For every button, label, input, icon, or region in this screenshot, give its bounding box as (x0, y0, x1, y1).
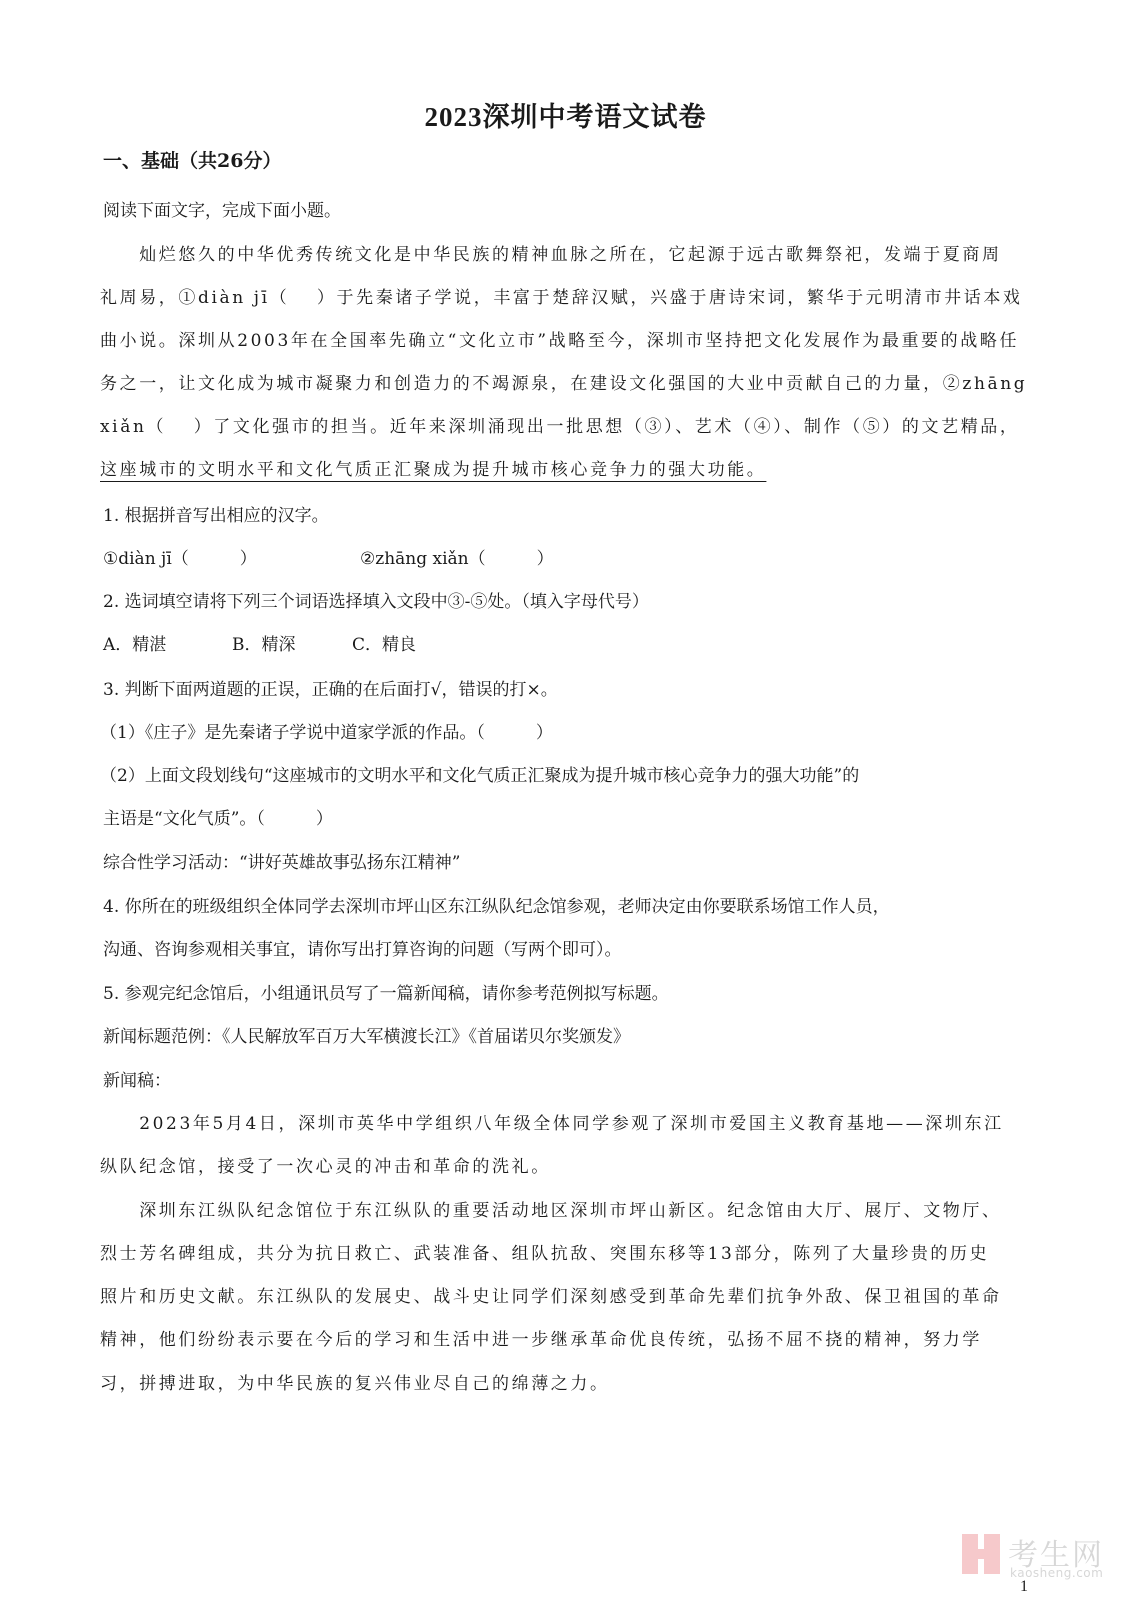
news-title-examples: 新闻标题范例：《人民解放军百万大军横渡长江》《首届诺贝尔奖颁发》 (103, 1026, 630, 1048)
question-3-item-2: （2）上面文段划线句“这座城市的文明水平和文化气质正汇聚成为提升城市核心竞争力的… (100, 765, 859, 787)
question-2-prompt: 2. 选词填空请将下列三个词语选择填入文段中③-⑤处。（填入字母代号） (103, 591, 649, 613)
page-number: 1 (1020, 1578, 1028, 1596)
question-1-blank-2: ②zhāng xiǎn（ ） (360, 548, 554, 570)
watermark: 考生网 kaosheng.com (962, 1530, 1112, 1580)
passage-line: 礼周易，①diàn jī（ ）于先秦诸子学说，丰富于楚辞汉赋，兴盛于唐诗宋词，繁… (100, 287, 1023, 309)
passage-line: 灿烂悠久的中华优秀传统文化是中华民族的精神血脉之所在，它起源于远古歌舞祭祀，发端… (100, 244, 1002, 266)
option-c: C．精良 (352, 634, 416, 656)
news-line: 精神，他们纷纷表示要在今后的学习和生活中进一步继承革命优良传统，弘扬不屈不挠的精… (100, 1329, 982, 1351)
news-line: 烈士芳名碑组成，共分为抗日救亡、武装准备、组队抗敌、突围东移等13部分，陈列了大… (100, 1243, 989, 1265)
passage-line: xiǎn（ ）了文化强市的担当。近年来深圳涌现出一批思想（③）、艺术（④）、制作… (100, 416, 1020, 438)
question-5-prompt: 5. 参观完纪念馆后，小组通讯员写了一篇新闻稿，请你参考范例拟写标题。 (103, 983, 669, 1005)
passage-line: 务之一，让文化成为城市凝聚力和创造力的不竭源泉，在建设文化强国的大业中贡献自己的… (100, 373, 1027, 395)
passage-line: 曲小说。深圳从2003年在全国率先确立“文化立市”战略至今，深圳市坚持把文化发展… (100, 330, 1019, 352)
activity-heading: 综合性学习活动：“讲好英雄故事弘扬东江精神” (103, 852, 460, 874)
watermark-logo-icon (962, 1534, 1006, 1574)
instruction-text: 阅读下面文字，完成下面小题。 (103, 200, 341, 222)
question-1-prompt: 1. 根据拼音写出相应的汉字。 (103, 505, 329, 527)
news-line: 照片和历史文献。东江纵队的发展史、战斗史让同学们深刻感受到革命先辈们抗争外敌、保… (100, 1286, 1002, 1308)
question-1-blank-1: ①diàn jī（ ） (103, 548, 257, 570)
news-line: 深圳东江纵队纪念馆位于东江纵队的重要活动地区深圳市坪山新区。纪念馆由大厅、展厅、… (100, 1200, 1002, 1222)
option-b: B．精深 (232, 634, 296, 656)
news-line: 纵队纪念馆，接受了一次心灵的冲击和革命的洗礼。 (100, 1156, 551, 1178)
underlined-sentence: 这座城市的文明水平和文化气质正汇聚成为提升城市核心竞争力的强大功能。 (100, 459, 766, 481)
question-3-item-1: （1）《庄子》是先秦诸子学说中道家学派的作品。（ ） (100, 722, 553, 744)
question-3-prompt: 3. 判断下面两道题的正误，正确的在后面打√，错误的打×。 (103, 679, 558, 701)
news-line: 习，拼搏进取，为中华民族的复兴伟业尽自己的绵薄之力。 (100, 1373, 610, 1395)
question-3-item-2-cont: 主语是“文化气质”。（ ） (103, 808, 333, 830)
section-heading: 一、基础（共26分） (103, 150, 281, 172)
news-label: 新闻稿： (103, 1070, 171, 1092)
page-title: 2023深圳中考语文试卷 (0, 95, 1131, 134)
news-line: 2023年5月4日，深圳市英华中学组织八年级全体同学参观了深圳市爱国主义教育基地… (100, 1113, 1004, 1135)
question-4-line-1: 4. 你所在的班级组织全体同学去深圳市坪山区东江纵队纪念馆参观，老师决定由你要联… (103, 896, 890, 918)
option-a: A．精湛 (103, 634, 166, 656)
question-4-line-2: 沟通、咨询参观相关事宜，请你写出打算咨询的问题（写两个即可）。 (103, 939, 622, 961)
